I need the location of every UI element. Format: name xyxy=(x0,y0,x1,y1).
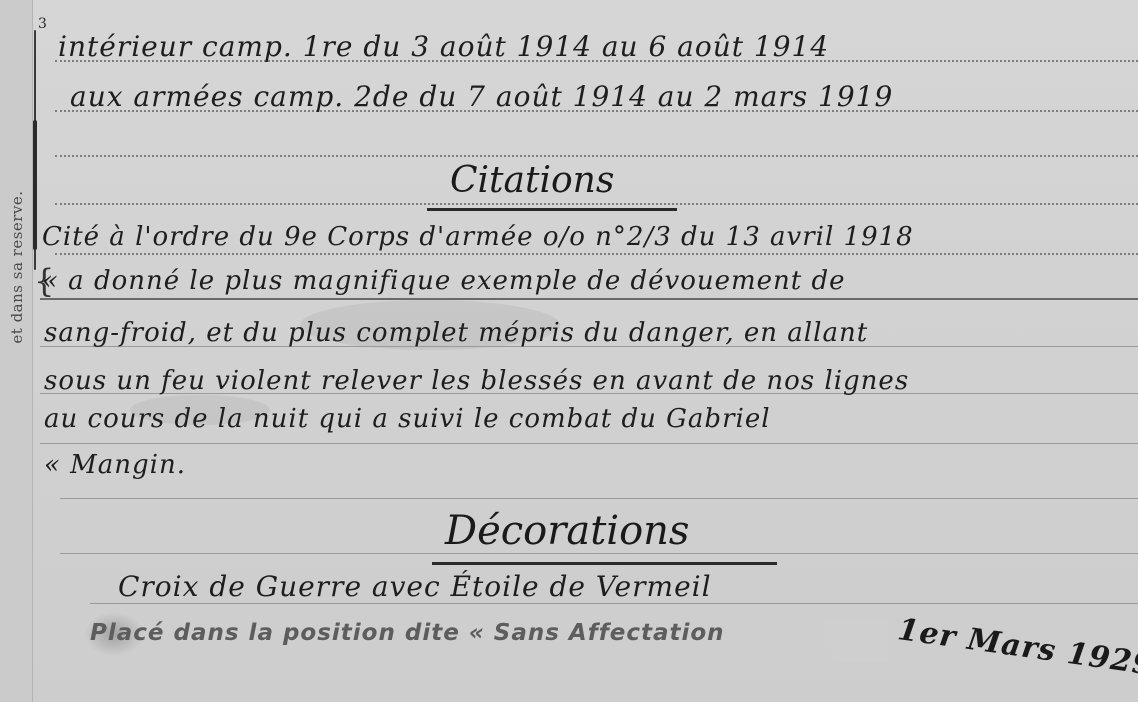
citation-line: au cours de la nuit qui a suivi le comba… xyxy=(44,404,771,434)
stamp-text: Placé dans la position dite « Sans Affec… xyxy=(90,620,725,646)
margin-bracket-thick xyxy=(33,120,37,250)
margin-note: et dans sa reserve. xyxy=(8,142,26,392)
citation-line: « Mangin. xyxy=(44,450,186,480)
decorations-underline xyxy=(432,562,777,565)
citation-line: sous un feu violent relever les blessés … xyxy=(44,366,909,396)
citation-line: « a donné le plus magnifique exemple de … xyxy=(42,266,846,296)
ruled-line xyxy=(40,298,1138,302)
citation-line: sang-froid, et du plus complet mépris du… xyxy=(44,318,868,348)
document-page: et dans sa reserve. 3 intérieur camp. 1r… xyxy=(0,0,1138,702)
service-line-interior: intérieur camp. 1re du 3 août 1914 au 6 … xyxy=(58,30,829,63)
decoration-line: Croix de Guerre avec Étoile de Vermeil xyxy=(118,570,712,603)
citation-line: Cité à l'ordre du 9e Corps d'armée o/o n… xyxy=(42,222,914,252)
margin-strip: et dans sa reserve. xyxy=(0,0,33,702)
ruled-line xyxy=(55,253,1138,255)
stamp-date: 1er Mars 1929 xyxy=(896,612,1138,683)
ruled-line xyxy=(40,443,1138,444)
ruled-line xyxy=(60,498,1138,499)
ruled-line xyxy=(55,203,1138,205)
citations-underline xyxy=(427,208,677,211)
decorations-heading: Décorations xyxy=(445,508,689,554)
citations-heading: Citations xyxy=(450,160,614,201)
stamp-fade xyxy=(800,618,890,662)
service-line-armies: aux armées camp. 2de du 7 août 1914 au 2… xyxy=(70,80,893,113)
ruled-line xyxy=(55,155,1138,157)
ruled-line xyxy=(90,603,1138,604)
footnote-marker: 3 xyxy=(38,16,47,32)
